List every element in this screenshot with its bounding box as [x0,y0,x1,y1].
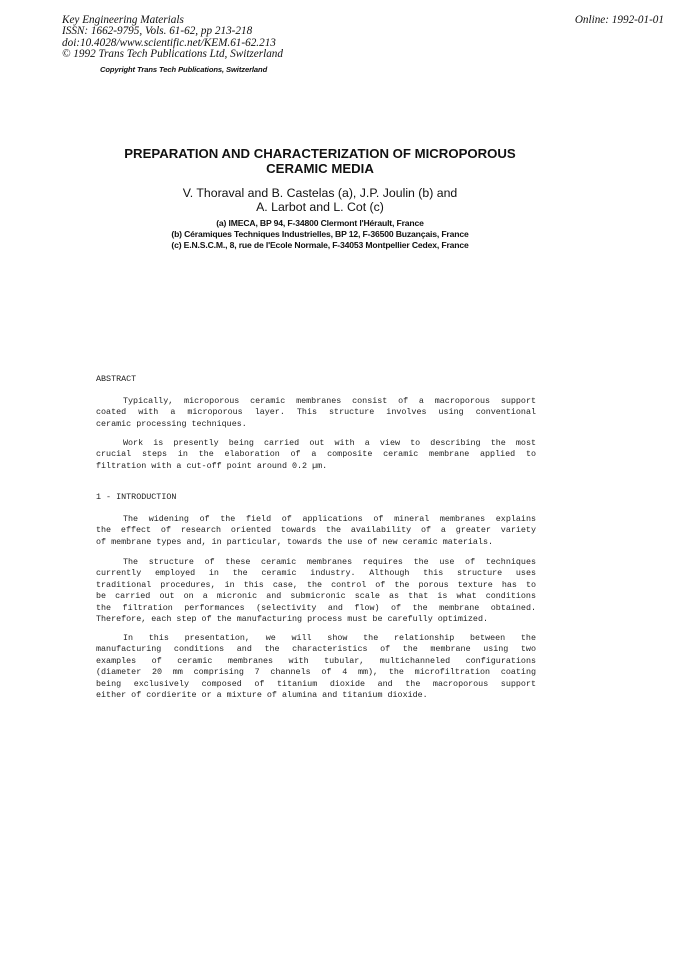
text-line: traditional procedures, in this case, th… [96,580,536,591]
intro-paragraph-2: The structure of these ceramic membranes… [96,557,536,625]
text-line: currently employed in the ceramic indust… [96,568,536,579]
text-line: manufacturing conditions and the charact… [96,644,536,655]
title-line: CERAMIC MEDIA [100,161,540,176]
affiliation-b: (b) Céramiques Techniques Industrielles,… [100,229,540,240]
text-line: be carried out on a micronic and submicr… [96,591,536,602]
affiliation-c: (c) E.N.S.C.M., 8, rue de l'Ecole Normal… [100,240,540,251]
text-line: (diameter 20 mm comprising 7 channels of… [96,667,536,678]
text-line: either of cordierite or a mixture of alu… [96,690,536,701]
text-line: Typically, microporous ceramic membranes… [96,396,536,407]
text-line: the effect of research oriented towards … [96,525,536,536]
publisher-copyright: © 1992 Trans Tech Publications Ltd, Swit… [62,49,283,60]
online-date: Online: 1992-01-01 [575,15,664,26]
journal-citation-block: Key Engineering Materials ISSN: 1662-979… [62,15,283,61]
abstract-paragraph-2: Work is presently being carried out with… [96,438,536,472]
paper-title: PREPARATION AND CHARACTERIZATION OF MICR… [100,146,540,176]
text-line: Therefore, each step of the manufacturin… [96,614,536,625]
text-line: In this presentation, we will show the r… [96,633,536,644]
author-line: A. Larbot and L. Cot (c) [100,201,540,215]
text-line: The structure of these ceramic membranes… [96,557,536,568]
abstract-heading: ABSTRACT [96,374,136,384]
text-line: coated with a microporous layer. This st… [96,407,536,418]
author-list: V. Thoraval and B. Castelas (a), J.P. Jo… [100,187,540,214]
text-line: being exclusively composed of titanium d… [96,679,536,690]
text-line: of membrane types and, in particular, to… [96,537,536,548]
copyright-stamp: Copyright Trans Tech Publications, Switz… [100,65,267,74]
affiliation-a: (a) IMECA, BP 94, F-34800 Clermont l'Hér… [100,218,540,229]
affiliations: (a) IMECA, BP 94, F-34800 Clermont l'Hér… [100,218,540,251]
text-line: The widening of the field of application… [96,514,536,525]
intro-paragraph-1: The widening of the field of application… [96,514,536,548]
text-line: the filtration performances (selectivity… [96,603,536,614]
author-line: V. Thoraval and B. Castelas (a), J.P. Jo… [100,187,540,201]
text-line: crucial steps in the elaboration of a co… [96,449,536,460]
introduction-heading: 1 - INTRODUCTION [96,492,176,502]
intro-paragraph-3: In this presentation, we will show the r… [96,633,536,701]
text-line: filtration with a cut-off point around 0… [96,461,536,472]
title-line: PREPARATION AND CHARACTERIZATION OF MICR… [100,146,540,161]
text-line: Work is presently being carried out with… [96,438,536,449]
text-line: ceramic processing techniques. [96,419,536,430]
text-line: examples of ceramic membranes with tubul… [96,656,536,667]
abstract-paragraph-1: Typically, microporous ceramic membranes… [96,396,536,430]
